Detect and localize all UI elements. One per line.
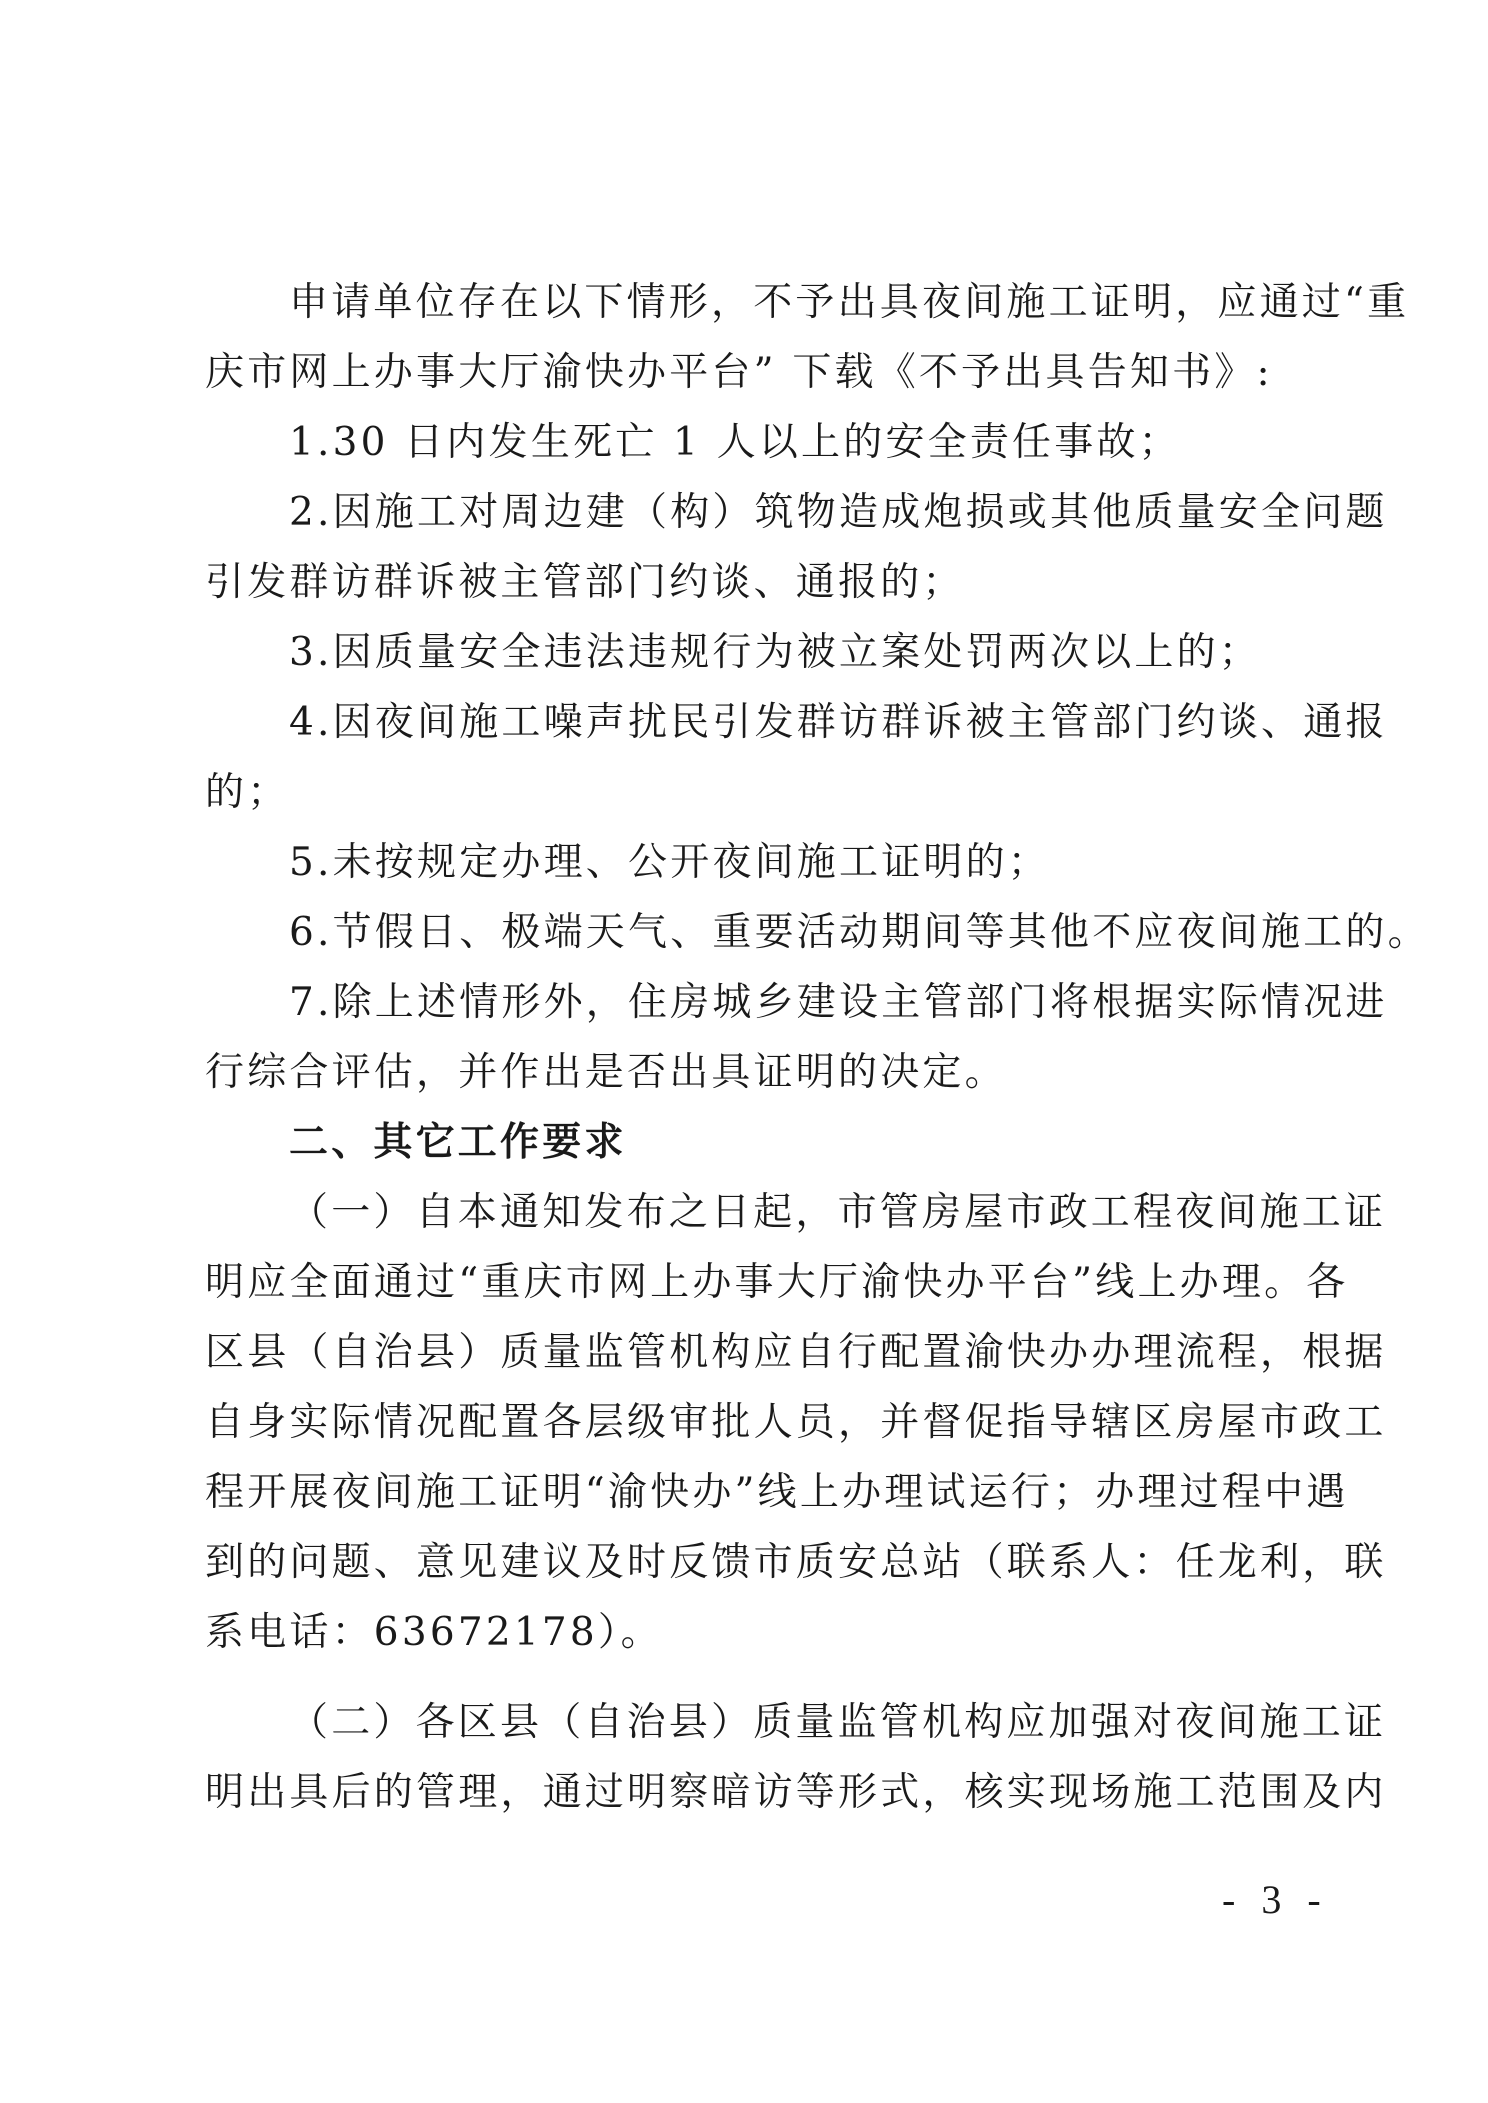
text-line: 明应全面通过“重庆市网上办事大厅渝快办平台”线上办理。各	[205, 1248, 1348, 1318]
text-line: 庆市网上办事大厅渝快办平台” 下载《不予出具告知书》:	[205, 338, 1273, 408]
text-line: 4.因夜间施工噪声扰民引发群访群诉被主管部门约谈、通报	[205, 688, 1388, 758]
text-line: 1.30 日内发生死亡 1 人以上的安全责任事故；	[205, 408, 1181, 478]
text-line: 7.除上述情形外，住房城乡建设主管部门将根据实际情况进	[205, 968, 1388, 1038]
text-line: 的；	[205, 758, 289, 828]
text-line: 行综合评估，并作出是否出具证明的决定。	[205, 1038, 1007, 1108]
text-line: 6.节假日、极端天气、重要活动期间等其他不应夜间施工的。	[205, 898, 1430, 968]
text-line: （一）自本通知发布之日起，市管房屋市政工程夜间施工证	[205, 1178, 1386, 1248]
page-number: - 3 -	[1222, 1876, 1329, 1923]
text-line: 申请单位存在以下情形，不予出具夜间施工证明，应通过“重	[205, 268, 1409, 338]
text-line: 2.因施工对周边建（构）筑物造成炮损或其他质量安全问题	[205, 478, 1388, 548]
text-line: 系电话：63672178）。	[205, 1598, 663, 1668]
text-line: 5.未按规定办理、公开夜间施工证明的；	[205, 828, 1050, 898]
text-line: （二）各区县（自治县）质量监管机构应加强对夜间施工证	[205, 1688, 1386, 1758]
section-heading: 二、其它工作要求	[205, 1108, 627, 1178]
text-line: 3.因质量安全违法违规行为被立案处罚两次以上的；	[205, 618, 1261, 688]
text-line: 区县（自治县）质量监管机构应自行配置渝快办办理流程，根据	[205, 1318, 1387, 1388]
text-line: 程开展夜间施工证明“渝快办”线上办理试运行；办理过程中遇	[205, 1458, 1348, 1528]
text-line: 到的问题、意见建议及时反馈市质安总站（联系人：任龙利，联	[205, 1528, 1387, 1598]
text-line: 引发群访群诉被主管部门约谈、通报的；	[205, 548, 965, 618]
text-line: 明出具后的管理，通过明察暗访等形式，核实现场施工范围及内	[205, 1758, 1387, 1828]
text-line: 自身实际情况配置各层级审批人员，并督促指导辖区房屋市政工	[205, 1388, 1387, 1458]
